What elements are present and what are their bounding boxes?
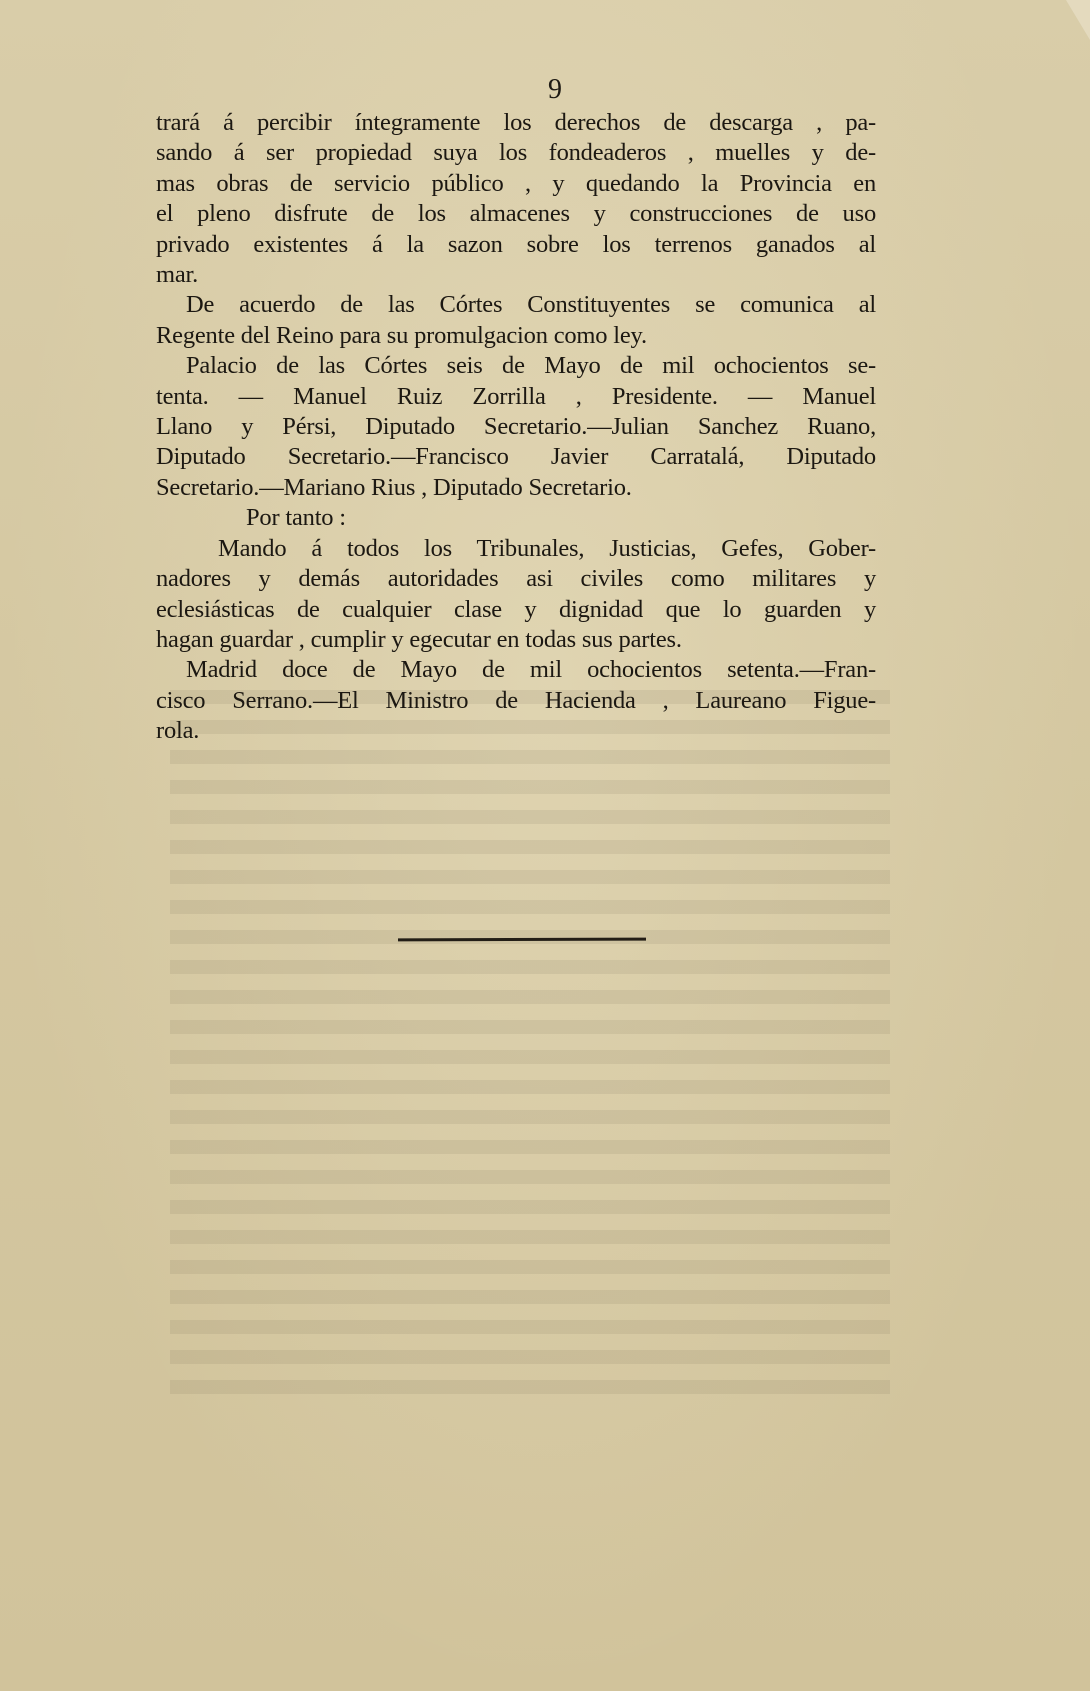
text-line: Mando á todos los Tribunales, Justicias,… [156,534,876,564]
text-line: mar. [156,260,876,290]
page-number: 9 [0,74,1090,106]
text-line: hagan guardar , cumplir y egecutar en to… [156,625,876,655]
text-line: sando á ser propiedad suya los fondeader… [156,138,876,168]
text-line: el pleno disfrute de los almacenes y con… [156,199,876,229]
text-line: trará á percibir íntegramente los derech… [156,108,876,138]
text-line: eclesiásticas de cualquier clase y digni… [156,595,876,625]
text-line: cisco Serrano.—El Ministro de Hacienda ,… [156,686,876,716]
page-corner [1066,0,1090,40]
text-line: rola. [156,716,876,746]
text-line: De acuerdo de las Córtes Constituyentes … [156,290,876,320]
text-line: Regente del Reino para su promulgacion c… [156,321,876,351]
text-line: privado existentes á la sazon sobre los … [156,230,876,260]
text-line: Palacio de las Córtes seis de Mayo de mi… [156,351,876,381]
text-line: mas obras de servicio público , y quedan… [156,169,876,199]
text-line: tenta. — Manuel Ruiz Zorrilla , Presiden… [156,382,876,412]
text-line: Secretario.—Mariano Rius , Diputado Secr… [156,473,876,503]
show-through-text [170,690,890,1410]
scanned-page: 9 trará á percibir íntegramente los dere… [0,0,1090,1691]
text-line: Madrid doce de Mayo de mil ochocientos s… [156,655,876,685]
text-line: nadores y demás autoridades asi civiles … [156,564,876,594]
text-line: Diputado Secretario.—Francisco Javier Ca… [156,442,876,472]
body-text: trará á percibir íntegramente los derech… [156,108,876,747]
horizontal-rule [398,938,646,942]
text-line: Por tanto : [156,503,876,533]
text-line: Llano y Pérsi, Diputado Secretario.—Juli… [156,412,876,442]
